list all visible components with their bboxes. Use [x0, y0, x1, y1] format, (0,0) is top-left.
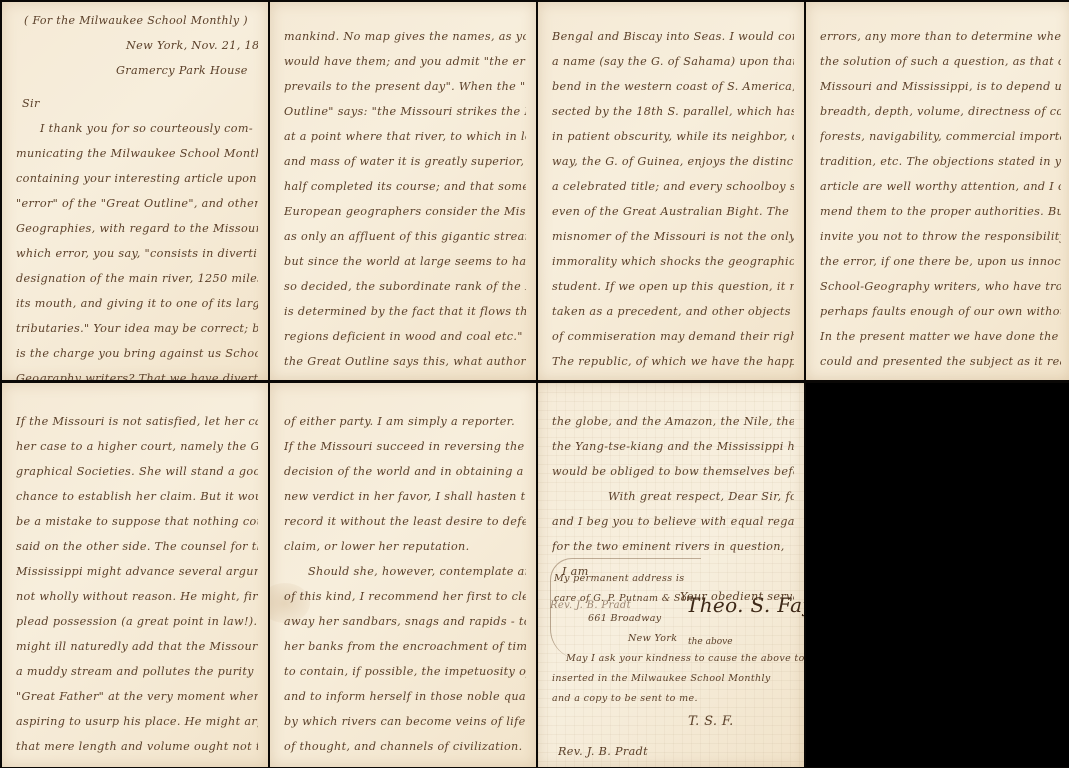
- manuscript-grid: ( For the Milwaukee School Monthly ) New…: [0, 0, 1069, 768]
- text-line: be a mistake to suppose that nothing cou…: [16, 509, 258, 534]
- text-line: In the present matter we have done the b…: [820, 324, 1061, 349]
- text-line: invite you not to throw the responsibili…: [820, 224, 1061, 249]
- text-line: the globe, and the Amazon, the Nile, the…: [552, 409, 794, 434]
- text-line: graphical Societies. She will stand a go…: [16, 459, 258, 484]
- text-line: Mississippi might advance several argume…: [16, 559, 258, 584]
- text-line: I thank you for so courteously com-: [16, 116, 258, 141]
- text-line: Bengal and Biscay into Seas. I would con…: [552, 24, 794, 49]
- initials: T. S. F.: [688, 709, 734, 734]
- text-line: Outline" says: "the Missouri strikes the…: [284, 99, 526, 124]
- letter-page-7: the globe, and the Amazon, the Nile, the…: [538, 383, 804, 767]
- text-line: prevails to the present day". When the "…: [284, 74, 526, 99]
- text-line: a celebrated title; and every schoolboy …: [552, 174, 794, 199]
- text-line: record it without the least desire to de…: [284, 509, 526, 534]
- text-line: chance to establish her claim. But it wo…: [16, 484, 258, 509]
- text-line: municating the Milwaukee School Monthly,: [16, 141, 258, 166]
- text-line: but since the world at large seems to ha…: [284, 249, 526, 274]
- letter-page-5: If the Missouri is not satisfied, let he…: [2, 383, 268, 767]
- text-line: Missouri and Mississippi, is to depend u…: [820, 74, 1061, 99]
- text-line: the error, if one there be, upon us inno…: [820, 249, 1061, 274]
- text-line: a name (say the G. of Sahama) upon that: [552, 49, 794, 74]
- text-line: way, the G. of Guinea, enjoys the distin…: [552, 149, 794, 174]
- text-line: of either party. I am simply a reporter.: [284, 409, 526, 434]
- text-line: of this kind, I recommend her first to c…: [284, 584, 526, 609]
- addressee: Rev. J. B. Pradt: [558, 739, 648, 764]
- text-line: and mass of water it is greatly superior…: [284, 149, 526, 174]
- text-line: designation of the main river, 1250 mile…: [16, 266, 258, 291]
- text-line: If the Missouri succeed in reversing the: [284, 434, 526, 459]
- letter-page-2: mankind. No map gives the names, as you …: [270, 2, 536, 380]
- text-line: breadth, depth, volume, directness of co…: [820, 99, 1061, 124]
- text-line: might ill naturedly add that the Missour…: [16, 634, 258, 659]
- postscript-line: May I ask your kindness to cause the abo…: [552, 649, 804, 669]
- text-line: Should she, however, contemplate an appe…: [284, 559, 526, 584]
- closing-line: for the two eminent rivers in question,: [552, 534, 794, 559]
- text-line: at a point where that river, to which in…: [284, 124, 526, 149]
- text-line: its mouth, and giving it to one of its l…: [16, 291, 258, 316]
- text-line: is determined by the fact that it flows …: [284, 299, 526, 324]
- text-line: Geographies, with regard to the Missouri…: [16, 216, 258, 241]
- dateline: New York, Nov. 21, 1868.: [16, 33, 258, 58]
- text-line: the Yang-tse-kiang and the Mississippi h…: [552, 434, 794, 459]
- text-line: so decided, the subordinate rank of the …: [284, 274, 526, 299]
- text-line: If the Missouri is not satisfied, let he…: [16, 409, 258, 434]
- text-line: mankind. No map gives the names, as you: [284, 24, 526, 49]
- text-line: School-Geography writers, who have troub…: [820, 274, 1061, 299]
- text-line: the solution of such a question, as that…: [820, 49, 1061, 74]
- text-line: even of the Great Australian Bight. The: [552, 199, 794, 224]
- insertion-note: the above: [688, 637, 733, 647]
- text-line: as only an affluent of this gigantic str…: [284, 224, 526, 249]
- text-line: and to inform herself in those noble qua…: [284, 684, 526, 709]
- postscript-line: and a copy to be sent to me.: [552, 689, 804, 709]
- text-line: the Great Outline says this, what author…: [284, 349, 526, 374]
- text-line: would have them; and you admit "the erro…: [284, 49, 526, 74]
- text-line: to contain, if possible, the impetuosity…: [284, 659, 526, 684]
- signature: Theo. S. Fay: [686, 593, 804, 618]
- text-line: new verdict in her favor, I shall hasten…: [284, 484, 526, 509]
- text-line: article are well worthy attention, and I…: [820, 174, 1061, 199]
- text-line: plead possession (a great point in law!)…: [16, 609, 258, 634]
- text-line: European geographers consider the Missis…: [284, 199, 526, 224]
- location-line: Gramercy Park House: [16, 58, 258, 83]
- letter-page-6: of either party. I am simply a reporter.…: [270, 383, 536, 767]
- text-line: tributaries." Your idea may be correct; …: [16, 316, 258, 341]
- text-line: aspiring to usurp his place. He might ar…: [16, 709, 258, 734]
- text-line: of thought, and channels of civilization…: [284, 734, 526, 759]
- closing-line: With great respect, Dear Sir, for yourse…: [552, 484, 794, 509]
- text-line: misnomer of the Missouri is not the only: [552, 224, 794, 249]
- address-line: New York: [554, 629, 693, 649]
- text-line: sected by the 18th S. parallel, which ha…: [552, 99, 794, 124]
- text-line: forests, navigability, commercial import…: [820, 124, 1061, 149]
- text-line: her banks from the encroachment of timbe…: [284, 634, 526, 659]
- text-line: could and presented the subject as it re…: [820, 349, 1061, 374]
- text-line: perhaps faults enough of our own without…: [820, 299, 1061, 324]
- text-line: student. If we open up this question, it…: [552, 274, 794, 299]
- text-line: mend them to the proper authorities. But…: [820, 199, 1061, 224]
- text-line: by which rivers can become veins of life…: [284, 709, 526, 734]
- letter-page-4: errors, any more than to determine wheth…: [806, 2, 1069, 380]
- text-line: bend in the western coast of S. America,…: [552, 74, 794, 99]
- letter-page-1: ( For the Milwaukee School Monthly ) New…: [2, 2, 268, 380]
- text-line: away her sandbars, snags and rapids - to…: [284, 609, 526, 634]
- text-line: claim, or lower her reputation.: [284, 534, 526, 559]
- text-line: half completed its course; and that some: [284, 174, 526, 199]
- text-line: would be obliged to bow themselves befor…: [552, 459, 794, 484]
- salutation: Sir: [16, 91, 258, 116]
- text-line: regions deficient in wood and coal etc."…: [284, 324, 526, 349]
- text-line: of commiseration may demand their rights…: [552, 324, 794, 349]
- letter-page-3: Bengal and Biscay into Seas. I would con…: [538, 2, 804, 380]
- text-line: tradition, etc. The objections stated in…: [820, 149, 1061, 174]
- text-line: errors, any more than to determine wheth…: [820, 24, 1061, 49]
- text-line: not wholly without reason. He might, fir…: [16, 584, 258, 609]
- text-line: "Great Father" at the very moment when […: [16, 684, 258, 709]
- text-line: decision of the world and in obtaining a: [284, 459, 526, 484]
- text-line: immorality which shocks the geographical: [552, 249, 794, 274]
- text-line: a muddy stream and pollutes the purity o…: [16, 659, 258, 684]
- text-line: Geography writers? That we have diverted: [16, 366, 258, 380]
- text-line: The republic, of which we have the happi…: [552, 349, 794, 374]
- empty-cell: [806, 383, 1069, 767]
- closing-line: and I beg you to believe with equal rega…: [552, 509, 794, 534]
- address-line: 661 Broadway: [554, 609, 693, 629]
- text-line: which error, you say, "consists in diver…: [16, 241, 258, 266]
- text-line: in patient obscurity, while its neighbor…: [552, 124, 794, 149]
- text-line: taken as a precedent, and other objects: [552, 299, 794, 324]
- text-line: that mere length and volume ought not to: [16, 734, 258, 759]
- address-line: care of G. P. Putnam & Son: [554, 589, 693, 609]
- text-line: said on the other side. The counsel for …: [16, 534, 258, 559]
- text-line: her case to a higher court, namely the G…: [16, 434, 258, 459]
- postscript-line: inserted in the Milwaukee School Monthly: [552, 669, 804, 689]
- text-line: "error" of the "Great Outline", and othe…: [16, 191, 258, 216]
- publication-heading: ( For the Milwaukee School Monthly ): [16, 8, 258, 33]
- text-line: is the charge you bring against us Schoo…: [16, 341, 258, 366]
- address-line: My permanent address is: [554, 569, 693, 589]
- text-line: containing your interesting article upon…: [16, 166, 258, 191]
